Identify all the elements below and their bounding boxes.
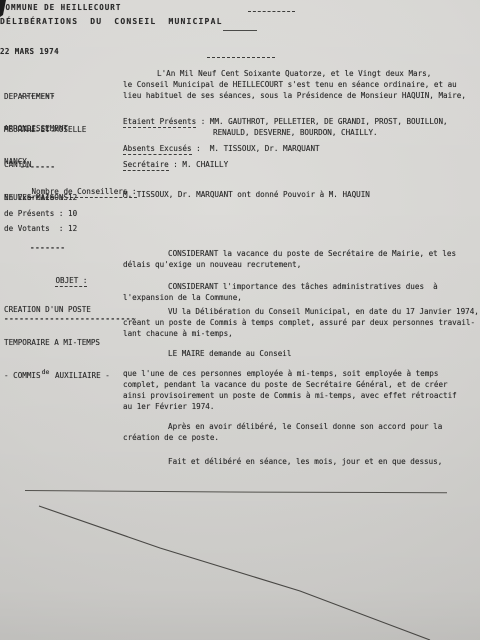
votants-count: de Votants : 12 xyxy=(4,223,77,234)
secretaire-label: Secrétaire xyxy=(123,160,169,171)
commune-underline xyxy=(248,11,295,12)
title-underline xyxy=(223,30,257,31)
scanned-deliberation-document: COMMUNE DE HEILLECOURT DÉLIBÉRATIONS DU … xyxy=(0,0,480,640)
separator-dashes: ------- xyxy=(30,242,66,253)
presents-count: de Présents : 10 xyxy=(4,208,77,219)
decision-paragraph: Après en avoir délibéré, le Conseil donn… xyxy=(123,421,479,443)
closing-line: Fait et délibéré en séance, les mois, jo… xyxy=(123,456,479,467)
document-title: DÉLIBÉRATIONS DU CONSEIL MUNICIPAL xyxy=(0,16,480,27)
opening-paragraph: L'An Mil Neuf Cent Soixante Quatorze, et… xyxy=(123,68,479,101)
separator-dashes: ------- xyxy=(20,90,56,101)
pen-diagonal-line xyxy=(39,506,430,640)
attendees-present: Etaient Présents : MM. GAUTHROT, PELLETI… xyxy=(123,116,479,138)
vu-paragraph: VU la Délibération du Conseil Municipal,… xyxy=(123,306,479,339)
considerant-2: CONSIDERANT l'importance des tâches admi… xyxy=(123,281,479,303)
date-underline xyxy=(207,57,275,58)
session-date: 22 MARS 1974 xyxy=(0,46,480,57)
maire-demande-line: LE MAIRE demande au Conseil xyxy=(123,348,479,359)
secretary-line: Secrétaire : M. CHAILLY xyxy=(123,159,479,170)
inserted-word: de xyxy=(42,368,50,376)
attendees-absent: Absents Excusés : M. TISSOUX, Dr. MARQUA… xyxy=(123,143,479,154)
absents-label: Absents Excusés xyxy=(123,144,192,155)
separator-dashes: ------- xyxy=(20,161,56,172)
commune-name: COMMUNE DE HEILLECOURT xyxy=(0,2,480,13)
etaient-presents-label: Etaient Présents xyxy=(123,117,196,128)
en-exercice-count: En Exercice : 12 xyxy=(4,192,77,203)
proposal-paragraph: que l'une de ces personnes employée à mi… xyxy=(123,368,479,412)
pen-horizontal-line xyxy=(25,491,447,493)
objet-text: CREATION D'UN POSTE TEMPORAIRE A MI-TEMP… xyxy=(4,282,110,404)
proxy-line: M. TISSOUX, Dr. MARQUANT ont donné Pouvo… xyxy=(123,189,479,200)
objet-bottom-dashes: -------------------------- xyxy=(4,313,136,324)
considerant-1: CONSIDERANT la vacance du poste de Secré… xyxy=(123,248,479,270)
separator-dashes: ------- xyxy=(20,125,56,136)
